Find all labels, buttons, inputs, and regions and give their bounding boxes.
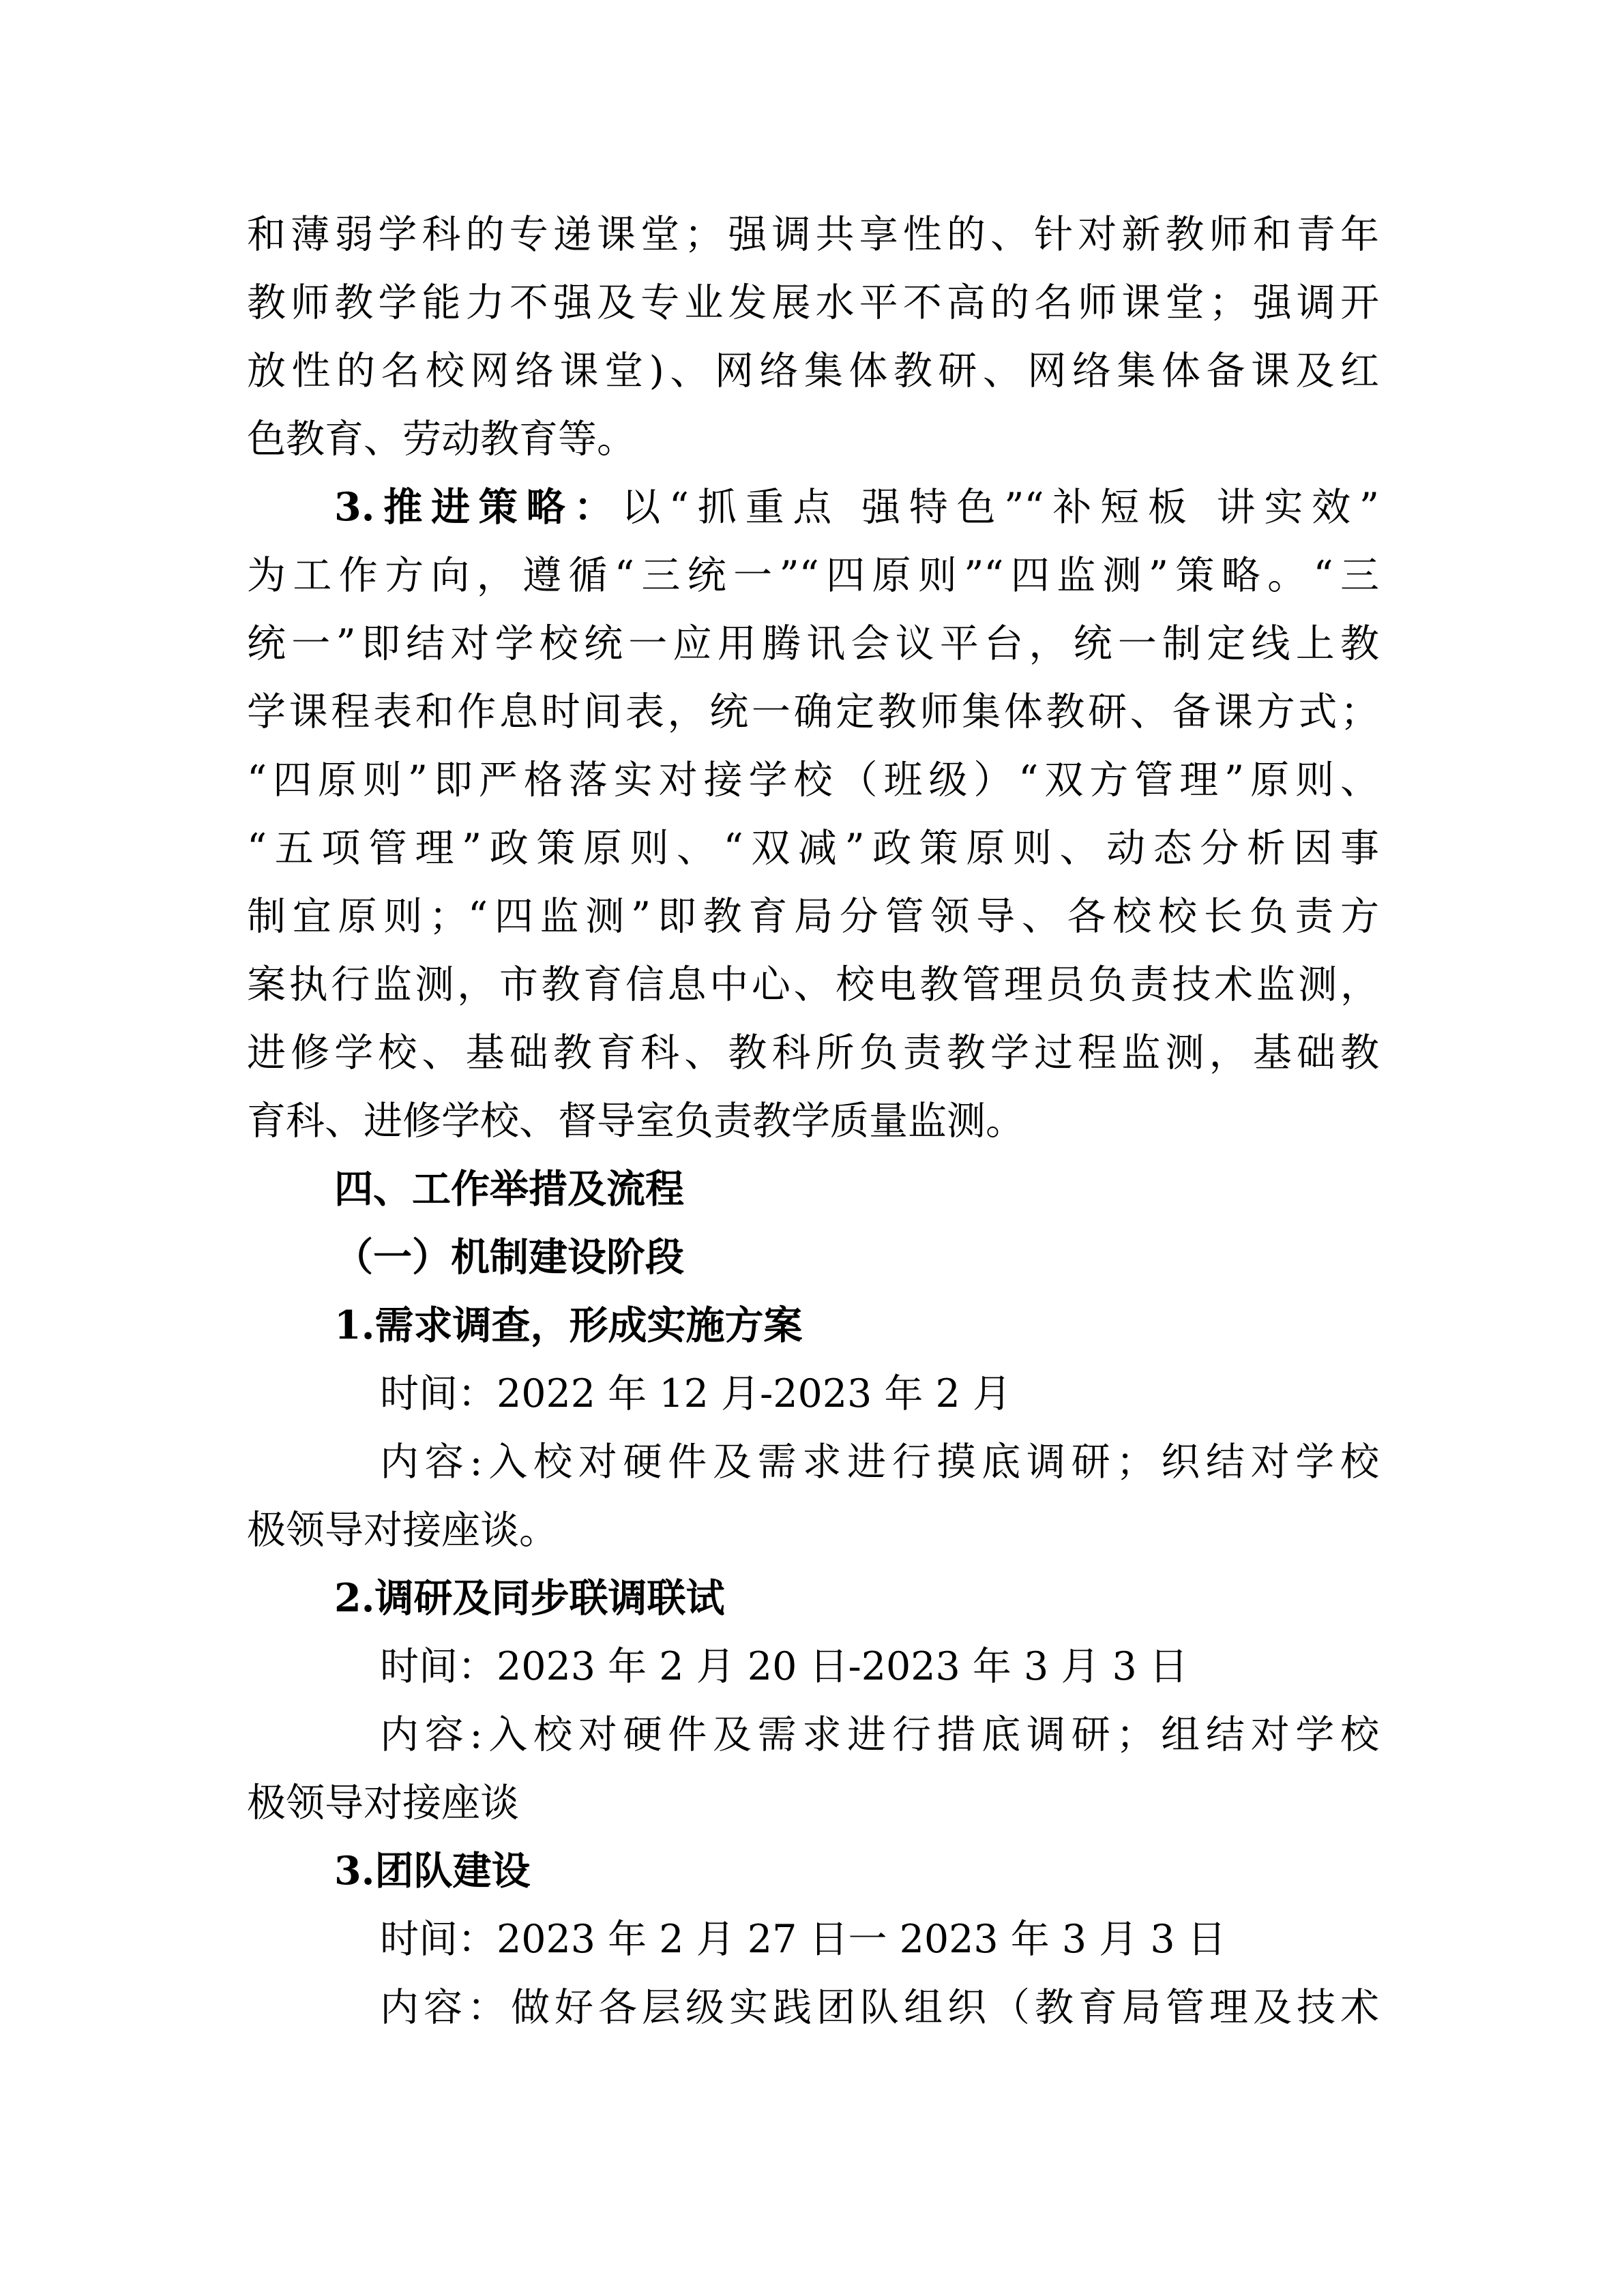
text-run: “五项管理”政策原则、“双减”政策原则、动态分析因事 xyxy=(247,826,1379,871)
text-line: 3.推进策略：以“抓重点 强特色”“补短板 讲实效” xyxy=(247,473,1379,541)
text-line: 内容:入校对硬件及需求进行摸底调研；织结对学校 xyxy=(247,1428,1379,1496)
text-line: 制宜原则；“四监测”即教育局分管领导、各校校长负责方 xyxy=(247,882,1379,951)
text-line: 2.调研及同步联调联试 xyxy=(247,1564,1379,1632)
text-line: 案执行监测，市教育信息中心、校电教管理员负责技术监测， xyxy=(247,951,1379,1019)
bold-text-run: 2.调研及同步联调联试 xyxy=(334,1575,725,1621)
text-line: 色教育、劳动教育等。 xyxy=(247,405,1379,473)
text-run: 内容：做好各层级实践团队组织（教育局管理及技术 xyxy=(380,1985,1379,2030)
text-line: 极领导对接座谈 xyxy=(247,1769,1379,1837)
text-line: 教师教学能力不强及专业发展水平不高的名师课堂；强调开 xyxy=(247,269,1379,337)
text-line: 为工作方向，遵循“三统一”“四原则”“四监测”策略。“三 xyxy=(247,541,1379,610)
document-page: { "page": { "background_color": "#ffffff… xyxy=(0,0,1624,2296)
text-line: 统一”即结对学校统一应用腾讯会议平台，统一制定线上教 xyxy=(247,610,1379,678)
text-line: 育科、进修学校、督导室负责教学质量监测。 xyxy=(247,1087,1379,1155)
text-run: 色教育、劳动教育等。 xyxy=(247,417,636,462)
text-line: 1.需求调查，形成实施方案 xyxy=(247,1292,1379,1360)
text-line: 放性的名校网络课堂)、网络集体教研、网络集体备课及红 xyxy=(247,337,1379,405)
bold-text-run: 3.团队建设 xyxy=(334,1848,531,1894)
bold-text-run: （一）机制建设阶段 xyxy=(334,1234,684,1280)
text-line: 3.团队建设 xyxy=(247,1837,1379,1905)
text-run: “四原则”即严格落实对接学校（班级）“双方管理”原则、 xyxy=(247,758,1379,803)
bold-text-run: 3.推进策略： xyxy=(334,484,621,530)
text-run: 放性的名校网络课堂)、网络集体教研、网络集体备课及红 xyxy=(247,348,1379,393)
text-line: 和薄弱学科的专递课堂；强调共享性的、针对新教师和青年 xyxy=(247,200,1379,269)
text-line: 学课程表和作息时间表，统一确定教师集体教研、备课方式； xyxy=(247,678,1379,746)
text-run: 时间：2023 年 2 月 27 日一 2023 年 3 月 3 日 xyxy=(380,1917,1226,1962)
text-run: 内容:入校对硬件及需求进行措底调研；组结对学校 xyxy=(380,1712,1379,1757)
text-line: 极领导对接座谈。 xyxy=(247,1496,1379,1564)
text-run: 学课程表和作息时间表，统一确定教师集体教研、备课方式； xyxy=(247,689,1379,734)
text-run: 极领导对接座谈。 xyxy=(247,1508,558,1553)
text-run: 教师教学能力不强及专业发展水平不高的名师课堂；强调开 xyxy=(247,280,1379,325)
text-run: 为工作方向，遵循“三统一”“四原则”“四监测”策略。“三 xyxy=(247,553,1379,598)
text-run: 制宜原则；“四监测”即教育局分管领导、各校校长负责方 xyxy=(247,894,1379,939)
text-line: 进修学校、基础教育科、教科所负责教学过程监测，基础教 xyxy=(247,1019,1379,1087)
text-line: 时间：2023 年 2 月 20 日-2023 年 3 月 3 日 xyxy=(247,1632,1379,1701)
text-line: 四、工作举措及流程 xyxy=(247,1155,1379,1223)
text-line: 时间：2023 年 2 月 27 日一 2023 年 3 月 3 日 xyxy=(247,1905,1379,1973)
text-run: 案执行监测，市教育信息中心、校电教管理员负责技术监测， xyxy=(247,962,1379,1007)
text-line: 内容:入校对硬件及需求进行措底调研；组结对学校 xyxy=(247,1701,1379,1769)
text-run: 极领导对接座谈 xyxy=(247,1780,519,1825)
text-run: 内容:入校对硬件及需求进行摸底调研；织结对学校 xyxy=(380,1440,1379,1485)
text-line: （一）机制建设阶段 xyxy=(247,1223,1379,1292)
text-line: 时间：2022 年 12 月-2023 年 2 月 xyxy=(247,1360,1379,1428)
text-line: 内容：做好各层级实践团队组织（教育局管理及技术 xyxy=(247,1973,1379,2042)
text-run: 时间：2023 年 2 月 20 日-2023 年 3 月 3 日 xyxy=(380,1644,1188,1689)
text-run: 统一”即结对学校统一应用腾讯会议平台，统一制定线上教 xyxy=(247,621,1379,666)
text-run: 时间：2022 年 12 月-2023 年 2 月 xyxy=(380,1371,1012,1416)
text-line: “四原则”即严格落实对接学校（班级）“双方管理”原则、 xyxy=(247,746,1379,814)
text-run: 以“抓重点 强特色”“补短板 讲实效” xyxy=(621,485,1379,530)
text-run: 和薄弱学科的专递课堂；强调共享性的、针对新教师和青年 xyxy=(247,212,1379,257)
document-body: 和薄弱学科的专递课堂；强调共享性的、针对新教师和青年教师教学能力不强及专业发展水… xyxy=(247,200,1379,2042)
bold-text-run: 1.需求调查，形成实施方案 xyxy=(334,1302,803,1348)
bold-text-run: 四、工作举措及流程 xyxy=(334,1167,684,1212)
text-run: 育科、进修学校、督导室负责教学质量监测。 xyxy=(247,1099,1024,1144)
text-line: “五项管理”政策原则、“双减”政策原则、动态分析因事 xyxy=(247,814,1379,882)
text-run: 进修学校、基础教育科、教科所负责教学过程监测，基础教 xyxy=(247,1030,1379,1075)
